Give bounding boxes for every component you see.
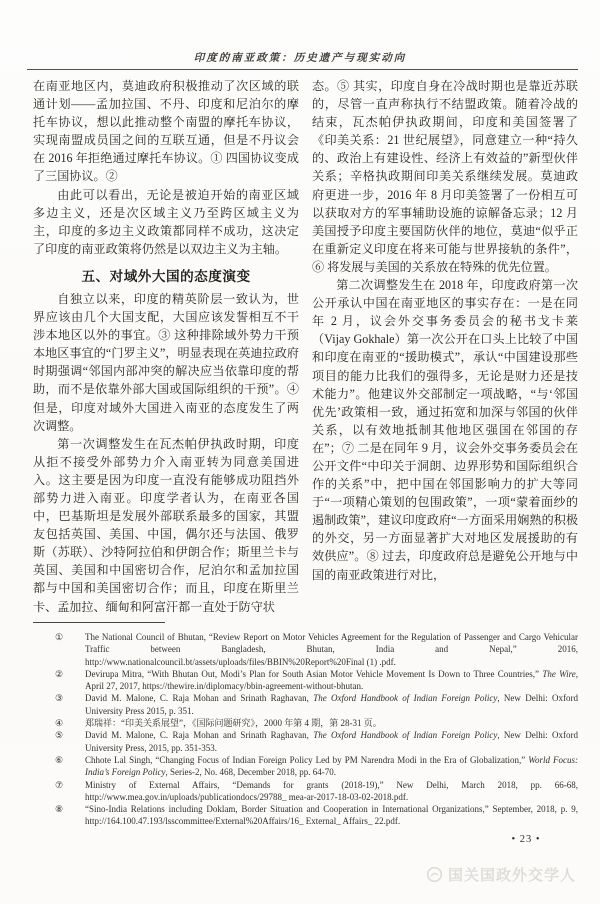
footnote: ④郑瑞祥：“印美关系展望”，《国际问题研究》，2000 年第 4 期，第 28-… [33,717,578,729]
page-number: • 23 • [496,834,556,845]
journal-page: 印度的南亚政策：历史遗产与现实动向 在南亚地区内，莫迪政府积极推动了次区域的联通… [0,0,600,904]
footnote-text: 郑瑞祥：“印美关系展望”，《国际问题研究》，2000 年第 4 期，第 28-3… [85,718,382,728]
footnote-text: Chhote Lal Singh, “Changing Focus of Ind… [85,755,528,765]
paragraph: 第二次调整发生在 2018 年，印度政府第一次公开承认中国在南亚地区的事实存在：… [312,276,578,584]
paragraph: 自独立以来，印度的精英阶层一致认为，世界应该由几个大国支配，大国应该发誓相互不干… [33,290,299,435]
running-header: 印度的南亚政策：历史遗产与现实动向 [0,50,600,65]
footnote: ⑤David M. Malone, C. Raja Mohan and Srin… [33,729,578,754]
right-column: 态。⑤ 其实，印度自身在冷战时期也是靠近苏联的，尽管一直声称执行不结盟政策。随着… [312,77,578,629]
paragraph: 在南亚地区内，莫迪政府积极推动了次区域的联通计划——孟加拉国、不丹、印度和尼泊尔… [33,77,299,186]
footnote: ②Devirupa Mitra, “With Bhutan Out, Modi’… [33,668,578,693]
paragraph: 态。⑤ 其实，印度自身在冷战时期也是靠近苏联的，尽管一直声称执行不结盟政策。随着… [312,77,578,276]
footnote-marker: ⑤ [55,729,63,741]
header-rule [27,69,578,70]
footnote: ⑦Ministry of External Affairs, “Demands … [33,779,578,804]
watermark: 国关国政外交学人 [426,864,576,885]
footnote-separator [33,622,165,623]
footnote-text: David M. Malone, C. Raja Mohan and Srina… [85,693,313,703]
footnote-marker: ① [55,631,63,643]
footnote-italic: The Wire [542,669,575,679]
footnote-marker: ⑥ [55,754,63,766]
left-column: 在南亚地区内，莫迪政府积极推动了次区域的联通计划——孟加拉国、不丹、印度和尼泊尔… [33,77,299,629]
section-heading: 五、对域外大国的态度演变 [33,265,299,285]
paragraph: 由此可以看出，无论是被迫开始的南亚区域多边主义，还是次区域主义乃至跨区域主义为主… [33,186,299,258]
paragraph: 第一次调整发生在瓦杰帕伊执政时期，印度从拒不接受外部势力介入南亚转为同意美国进入… [33,435,299,616]
watermark-logo-icon [426,866,443,883]
watermark-text: 国关国政外交学人 [448,864,576,885]
footnote-marker: ③ [55,692,63,704]
footnote-italic: The Oxford Handbook of Indian Foreign Po… [313,693,497,703]
article-body: 在南亚地区内，莫迪政府积极推动了次区域的联通计划——孟加拉国、不丹、印度和尼泊尔… [33,77,578,629]
footnote: ①The National Council of Bhutan, “Review… [33,631,578,668]
footnotes-section: ①The National Council of Bhutan, “Review… [33,622,578,828]
footnote-marker: ④ [55,717,63,729]
footnote: ③David M. Malone, C. Raja Mohan and Srin… [33,692,578,717]
footnote-marker: ② [55,668,63,680]
footnote: ⑧“Sino-India Relations including Doklam,… [33,803,578,828]
footnote-text: , Series-2, No. 468, December 2018, pp. … [166,767,336,777]
footnote-marker: ⑧ [55,803,63,815]
footnote-text: The National Council of Bhutan, “Review … [85,632,578,667]
footnote-marker: ⑦ [55,779,63,791]
footnote-italic: The Oxford Handbook of Indian Foreign Po… [313,730,497,740]
footnote-text: “Sino-India Relations including Doklam, … [85,804,578,826]
footnote-text: Ministry of External Affairs, “Demands f… [85,780,578,802]
footnote: ⑥Chhote Lal Singh, “Changing Focus of In… [33,754,578,779]
footnote-text: David M. Malone, C. Raja Mohan and Srina… [85,730,313,740]
footnote-text: Devirupa Mitra, “With Bhutan Out, Modi’s… [85,669,542,679]
